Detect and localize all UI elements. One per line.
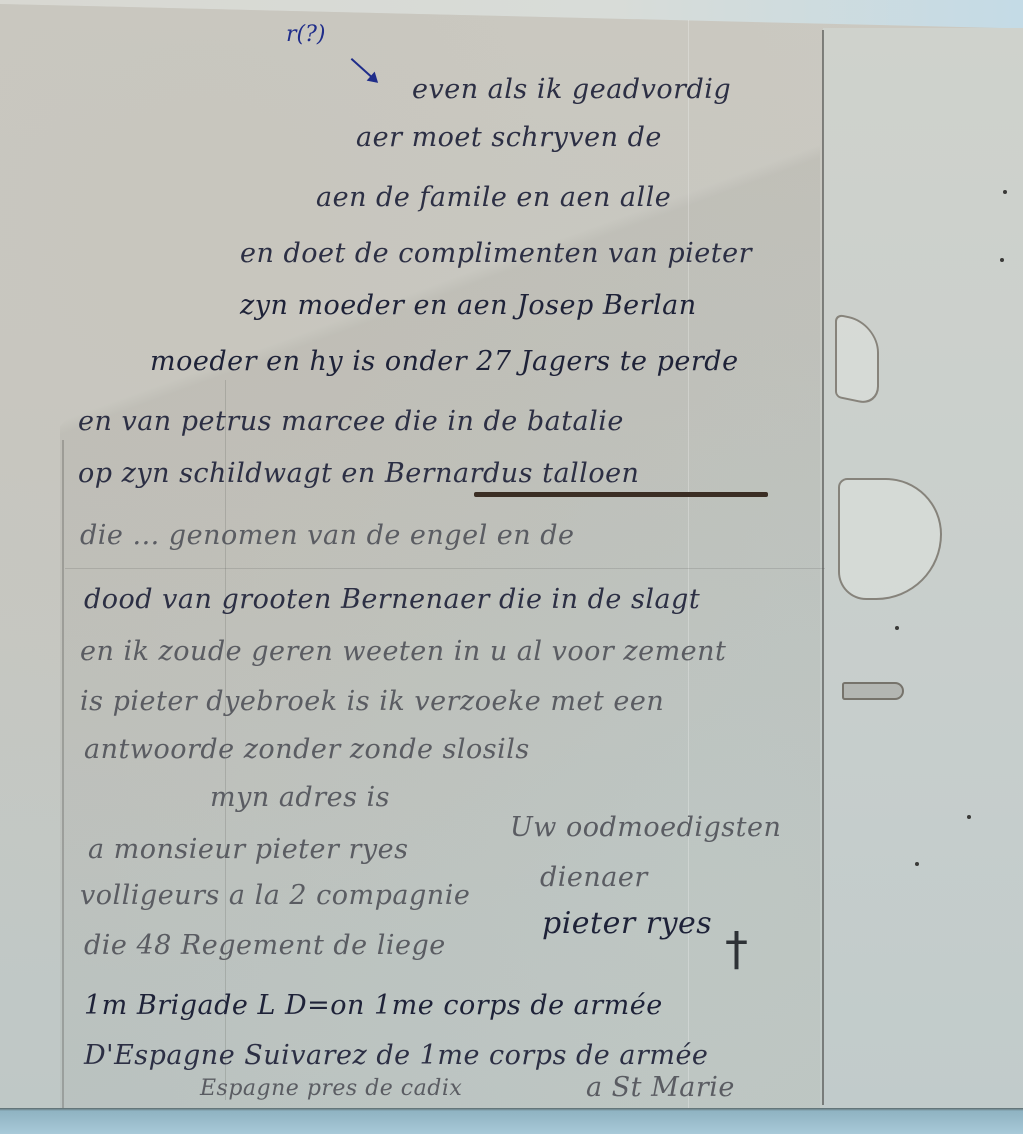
letter-line: moeder en hy is onder 27 Jagers te perde: [150, 346, 739, 377]
fold-line-vertical-mid: [688, 20, 689, 1110]
letter-line: is pieter dyebroek is ik verzoeke met ee…: [80, 686, 664, 717]
letter-line: even als ik geadvordig: [412, 74, 731, 105]
ink-speck: [915, 862, 919, 866]
ink-speck: [1003, 190, 1007, 194]
closing-line: Uw oodmoedigsten: [510, 812, 781, 843]
ink-speck: [895, 626, 899, 630]
letter-line: en doet de complimenten van pieter: [240, 238, 752, 269]
address-line: a monsieur pieter ryes: [88, 834, 409, 865]
letter-line: aer moet schryven de: [356, 122, 662, 153]
fold-line-horizontal: [65, 568, 825, 569]
annotation-text: r(?): [286, 22, 325, 47]
address-line: a St Marie: [586, 1072, 735, 1103]
letter-line: op zyn schildwagt en Bernardus talloen: [78, 458, 639, 489]
letter-line: en van petrus marcee die in de batalie: [78, 406, 624, 437]
photo-background-bottom: [0, 1108, 1023, 1134]
letter-line: die ... genomen van de engel en de: [80, 520, 575, 551]
fold-line-vertical-left: [62, 440, 64, 1110]
letter-line: en ik zoude geren weeten in u al voor ze…: [80, 636, 726, 667]
letter-line: zyn moeder en aen Josep Berlan: [240, 290, 697, 321]
address-line: die 48 Regement de liege: [84, 930, 446, 961]
letter-line: antwoorde zonder zonde slosils: [84, 734, 530, 765]
address-heading: myn adres is: [210, 782, 390, 813]
address-line: D'Espagne Suivarez de 1me corps de armée: [84, 1040, 708, 1071]
closing-line: dienaer: [540, 862, 648, 893]
address-line: Espagne pres de cadix: [200, 1076, 462, 1101]
ink-speck: [1000, 258, 1004, 262]
signature: pieter ryes: [542, 906, 712, 941]
underline-mark: [474, 492, 768, 497]
seal-stain-thin: [842, 682, 904, 700]
letter-line: dood van grooten Bernenaer die in de sla…: [84, 584, 700, 615]
ink-speck: [967, 815, 971, 819]
address-line: volligeurs a la 2 compagnie: [80, 880, 470, 911]
address-line: 1m Brigade L D=on 1me corps de armée: [84, 990, 663, 1021]
cross-mark-icon: †: [725, 922, 748, 976]
letter-line: aen de famile en aen alle: [316, 182, 671, 213]
